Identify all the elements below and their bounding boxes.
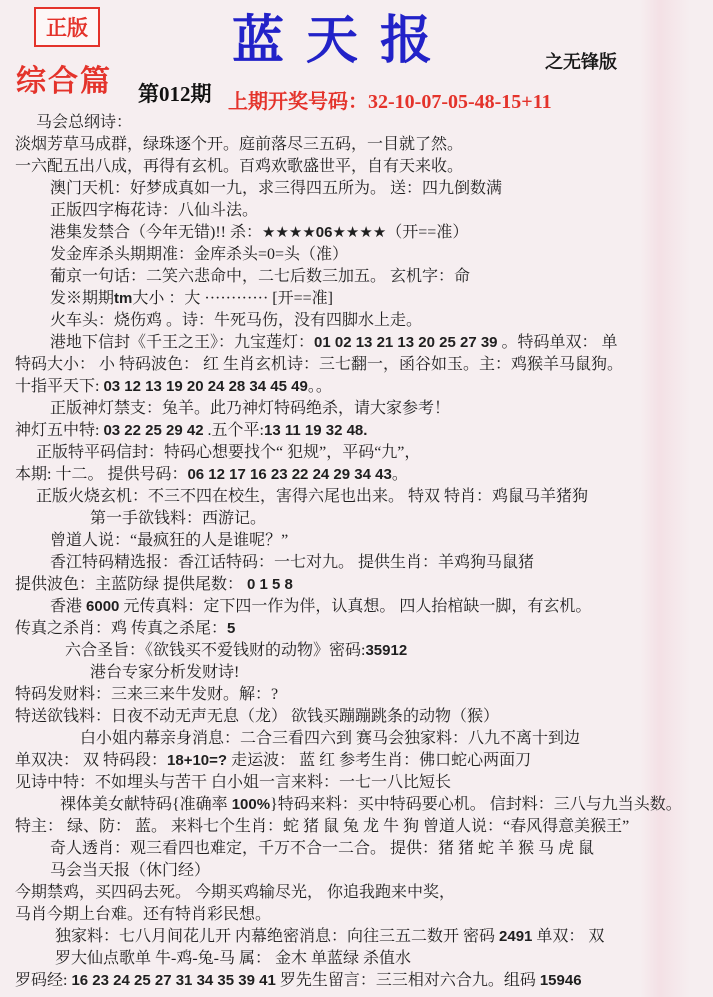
- text-line: 香江特码精选报：香江话特码：一七对九。 提供生肖：羊鸡狗马鼠猪: [0, 552, 713, 574]
- text-line: 火车头：烧伤鸡 。诗：牛死马伤，没有四脚水上走。: [0, 310, 713, 332]
- text-segment: 正版神灯禁支：兔羊。此乃神灯特码绝杀，请大家参考！: [50, 400, 450, 417]
- text-segment: 第一手欲钱料：西游记。: [90, 510, 266, 527]
- text-line: 正版四字梅花诗：八仙斗法。: [0, 200, 713, 222]
- text-segment: 元传真料：定下四一作为伴，认真想。 四人抬棺缺一脚，有玄机。: [119, 598, 591, 615]
- text-line: 奇人透肖：观三看四也难定，千万不合一二合。 提供：猪 猪 蛇 羊 猴 马 虎 鼠: [0, 838, 713, 860]
- text-segment: 。。: [308, 378, 332, 395]
- text-line: 裸体美女献特码{准确率 100%}特码来料：买中特码要心机。 信封料：三八与九当…: [0, 794, 713, 816]
- text-segment: 港地下信封《千王之王》：九宝莲灯：: [50, 334, 314, 351]
- text-segment: 01 02 13 21 13 20 25 27 39: [314, 334, 498, 351]
- text-line: 白小姐内幕亲身消息：二合三看四六到 赛马会独家料：八九不离十到边: [0, 728, 713, 750]
- text-line: 发※期期tm大小 ：大 ············ [开==准]: [0, 288, 713, 310]
- text-line: 港台专家分析发财诗!: [0, 662, 713, 684]
- text-line: 六合圣旨：《欲钱买不爱钱财的动物》密码:35912: [0, 640, 713, 662]
- text-segment: 港集发禁合（今年无错)!! 杀：: [50, 224, 262, 241]
- text-segment: 马会当天报（休门经）: [50, 862, 210, 879]
- text-segment: 神灯五中特:: [15, 422, 103, 439]
- text-line: 曾道人说：“最疯狂的人是谁呢？”: [0, 530, 713, 552]
- text-segment: （开==准）: [386, 224, 468, 241]
- text-segment: 传真之杀肖：鸡 传真之杀尾：: [15, 620, 227, 637]
- text-line: 第一手欲钱料：西游记。: [0, 508, 713, 530]
- text-line: 港集发禁合（今年无错)!! 杀：★★★★06★★★★（开==准）: [0, 222, 713, 244]
- text-segment: 正版火烧玄机：不三不四在校生，害得六尾也出来。 特双 特肖：鸡鼠马羊猪狗: [36, 488, 588, 505]
- text-segment: 一六配五出八成，再得有玄机。百鸡欢歌盛世平，自有天来收。: [15, 158, 463, 175]
- text-line: 一六配五出八成，再得有玄机。百鸡欢歌盛世平，自有天来收。: [0, 156, 713, 178]
- text-segment: 罗先生留言：三三相对六合九。组码: [276, 972, 540, 989]
- text-segment: 火车头：烧伤鸡 。诗：牛死马伤，没有四脚水上走。: [50, 312, 422, 329]
- text-segment: 淡烟芳草马成群，绿珠逐个开。庭前落尽三五码，一目就了然。: [15, 136, 463, 153]
- text-line: 罗大仙点歌单 牛-鸡-兔-马 属： 金木 单蓝绿 杀值水: [0, 948, 713, 970]
- text-segment: 2491: [499, 928, 532, 945]
- text-segment: 16 23 24 25 27 31 34 35 39 41: [71, 972, 275, 989]
- text-segment: 六合圣旨：《欲钱买不爱钱财的动物》密码:: [65, 642, 365, 659]
- text-segment: 白小姐内幕亲身消息：二合三看四六到 赛马会独家料：八九不离十到边: [80, 730, 580, 747]
- text-segment: 今期禁鸡，买四码去死。 今期买鸡输尽光， 你追我跑来中奖，: [15, 884, 455, 901]
- text-segment: 提供波色：主蓝防绿 提供尾数：: [15, 576, 247, 593]
- text-segment: 03 12 13 19 20 24 28 34 45 49: [103, 378, 307, 395]
- text-line: 单双决： 双 特码段：18+10=? 走运波： 蓝 红 参考生肖：佛口蛇心两面刀: [0, 750, 713, 772]
- text-segment: 06 12 17 16 23 22 24 29 34 43: [187, 466, 391, 483]
- text-line: 马会当天报（休门经）: [0, 860, 713, 882]
- text-segment: 裸体美女献特码{准确率: [60, 796, 232, 813]
- text-segment: 独家料：七八月间花儿开 内幕绝密消息：向往三五二数开 密码: [55, 928, 499, 945]
- text-line: 香港 6000 元传真料：定下四一作为伴，认真想。 四人抬棺缺一脚，有玄机。: [0, 596, 713, 618]
- text-segment: 罗大仙点歌单 牛-鸡-兔-马 属： 金木 单蓝绿 杀值水: [55, 950, 411, 967]
- text-segment: 发※期期: [50, 290, 114, 307]
- text-segment: 单双： 双: [532, 928, 604, 945]
- text-segment: 0 1 5 8: [247, 576, 293, 593]
- text-segment: 6000: [86, 598, 119, 615]
- text-line: 正版神灯禁支：兔羊。此乃神灯特码绝杀，请大家参考！: [0, 398, 713, 420]
- text-line: 澳门天机：好梦成真如一九，求三得四五所为。 送：四九倒数满: [0, 178, 713, 200]
- text-segment: 马会总纲诗：: [36, 114, 132, 131]
- text-line: 今期禁鸡，买四码去死。 今期买鸡输尽光， 你追我跑来中奖，: [0, 882, 713, 904]
- text-line: 马肖今期上台难。还有特肖彩民想。: [0, 904, 713, 926]
- text-segment: 罗码经:: [15, 972, 71, 989]
- text-line: 本期: 十二。 提供号码：06 12 17 16 23 22 24 29 34 …: [0, 464, 713, 486]
- text-line: 淡烟芳草马成群，绿珠逐个开。庭前落尽三五码，一目就了然。: [0, 134, 713, 156]
- text-segment: 香港: [50, 598, 86, 615]
- text-line: 神灯五中特: 03 22 25 29 42 .五个平:13 11 19 32 4…: [0, 420, 713, 442]
- text-segment: 15946: [540, 972, 582, 989]
- text-line: 特码大小： 小 特码波色： 红 生肖玄机诗：三七翻一，函谷如玉。主：鸡猴羊马鼠狗…: [0, 354, 713, 376]
- text-line: 港地下信封《千王之王》：九宝莲灯：01 02 13 21 13 20 25 27…: [0, 332, 713, 354]
- text-line: 独家料：七八月间花儿开 内幕绝密消息：向往三五二数开 密码 2491 单双： 双: [0, 926, 713, 948]
- text-segment: 十指平天下:: [15, 378, 103, 395]
- text-segment: ★★★★06★★★★: [262, 224, 386, 241]
- body-lines: 马会总纲诗：淡烟芳草马成群，绿珠逐个开。庭前落尽三五码，一目就了然。一六配五出八…: [0, 112, 713, 992]
- text-line: 葡京一句话：二笑六悲命中，二七后数三加五。 玄机字：命: [0, 266, 713, 288]
- issue-number: 第012期: [138, 78, 212, 108]
- text-segment: 特送欲钱料：日夜不动无声无息（龙） 欲钱买蹦蹦跳条的动物（猴）: [15, 708, 499, 725]
- text-line: 正版火烧玄机：不三不四在校生，害得六尾也出来。 特双 特肖：鸡鼠马羊猪狗: [0, 486, 713, 508]
- text-line: 罗码经: 16 23 24 25 27 31 34 35 39 41 罗先生留言…: [0, 970, 713, 992]
- text-segment: 港台专家分析发财诗!: [90, 664, 239, 681]
- text-segment: }特码来料：买中特码要心机。 信封料：三八与九当头数。: [270, 796, 682, 813]
- page-title: 蓝天报: [232, 0, 454, 73]
- text-line: 马会总纲诗：: [0, 112, 713, 134]
- text-segment: 5: [227, 620, 235, 637]
- text-line: 特码发财料：三来三来牛发财。解：?: [0, 684, 713, 706]
- last-draw-numbers: 上期开奖号码：32-10-07-05-48-15+11: [228, 85, 552, 114]
- text-segment: 特码大小： 小 特码波色： 红 生肖玄机诗：三七翻一，函谷如玉。主：鸡猴羊马鼠狗…: [15, 356, 623, 373]
- text-segment: 奇人透肖：观三看四也难定，千万不合一二合。 提供：猪 猪 蛇 羊 猴 马 虎 鼠: [50, 840, 594, 857]
- text-segment: 葡京一句话：二笑六悲命中，二七后数三加五。 玄机字：命: [50, 268, 470, 285]
- text-segment: 澳门天机：好梦成真如一九，求三得四五所为。 送：四九倒数满: [50, 180, 502, 197]
- text-segment: 特主： 绿、防： 蓝。 来料七个生肖：蛇 猪 鼠 兔 龙 牛 狗 曾道人说：“春…: [15, 818, 629, 835]
- text-segment: 见诗中特：不如埋头与苦干 白小姐一言来料：一七一八比短长: [15, 774, 451, 791]
- text-segment: 大小 ：大 ············ [开==准]: [132, 290, 333, 307]
- text-line: 特送欲钱料：日夜不动无声无息（龙） 欲钱买蹦蹦跳条的动物（猴）: [0, 706, 713, 728]
- text-line: 十指平天下: 03 12 13 19 20 24 28 34 45 49。。: [0, 376, 713, 398]
- text-segment: 03 22 25 29 42: [103, 422, 203, 439]
- section-label: 综合篇: [16, 56, 112, 100]
- text-segment: 正版四字梅花诗：八仙斗法。: [50, 202, 258, 219]
- text-segment: 本期: 十二。 提供号码：: [15, 466, 187, 483]
- text-line: 特主： 绿、防： 蓝。 来料七个生肖：蛇 猪 鼠 兔 龙 牛 狗 曾道人说：“春…: [0, 816, 713, 838]
- text-line: 传真之杀肖：鸡 传真之杀尾：5: [0, 618, 713, 640]
- text-line: 提供波色：主蓝防绿 提供尾数： 0 1 5 8: [0, 574, 713, 596]
- text-segment: .五个平:: [204, 422, 264, 439]
- text-segment: 走运波： 蓝 红 参考生肖：佛口蛇心两面刀: [227, 752, 531, 769]
- text-segment: 正版特平码信封：特码心想要找个“ 犯规”，平码“九”，: [36, 444, 420, 461]
- edition-label: 之无锋版: [545, 48, 617, 74]
- text-segment: 马肖今期上台难。还有特肖彩民想。: [15, 906, 271, 923]
- text-line: 见诗中特：不如埋头与苦干 白小姐一言来料：一七一八比短长: [0, 772, 713, 794]
- text-segment: 35912: [365, 642, 407, 659]
- text-segment: 。特码单双： 单: [498, 334, 618, 351]
- text-segment: 13 11 19 32 48.: [264, 422, 367, 439]
- text-segment: 18+10=?: [167, 752, 227, 769]
- text-segment: tm: [114, 290, 132, 307]
- text-segment: 曾道人说：“最疯狂的人是谁呢？”: [50, 532, 288, 549]
- text-segment: 100%: [232, 796, 270, 813]
- authentic-badge: 正版: [34, 7, 100, 47]
- text-segment: 。: [392, 466, 408, 483]
- text-line: 发金库杀头期期准：金库杀头=0=头（准）: [0, 244, 713, 266]
- text-segment: 香江特码精选报：香江话特码：一七对九。 提供生肖：羊鸡狗马鼠猪: [50, 554, 534, 571]
- text-line: 正版特平码信封：特码心想要找个“ 犯规”，平码“九”，: [0, 442, 713, 464]
- text-segment: 特码发财料：三来三来牛发财。解：?: [15, 686, 278, 703]
- text-segment: 发金库杀头期期准：金库杀头=0=头（准）: [50, 246, 348, 263]
- text-segment: 单双决： 双 特码段：: [15, 752, 167, 769]
